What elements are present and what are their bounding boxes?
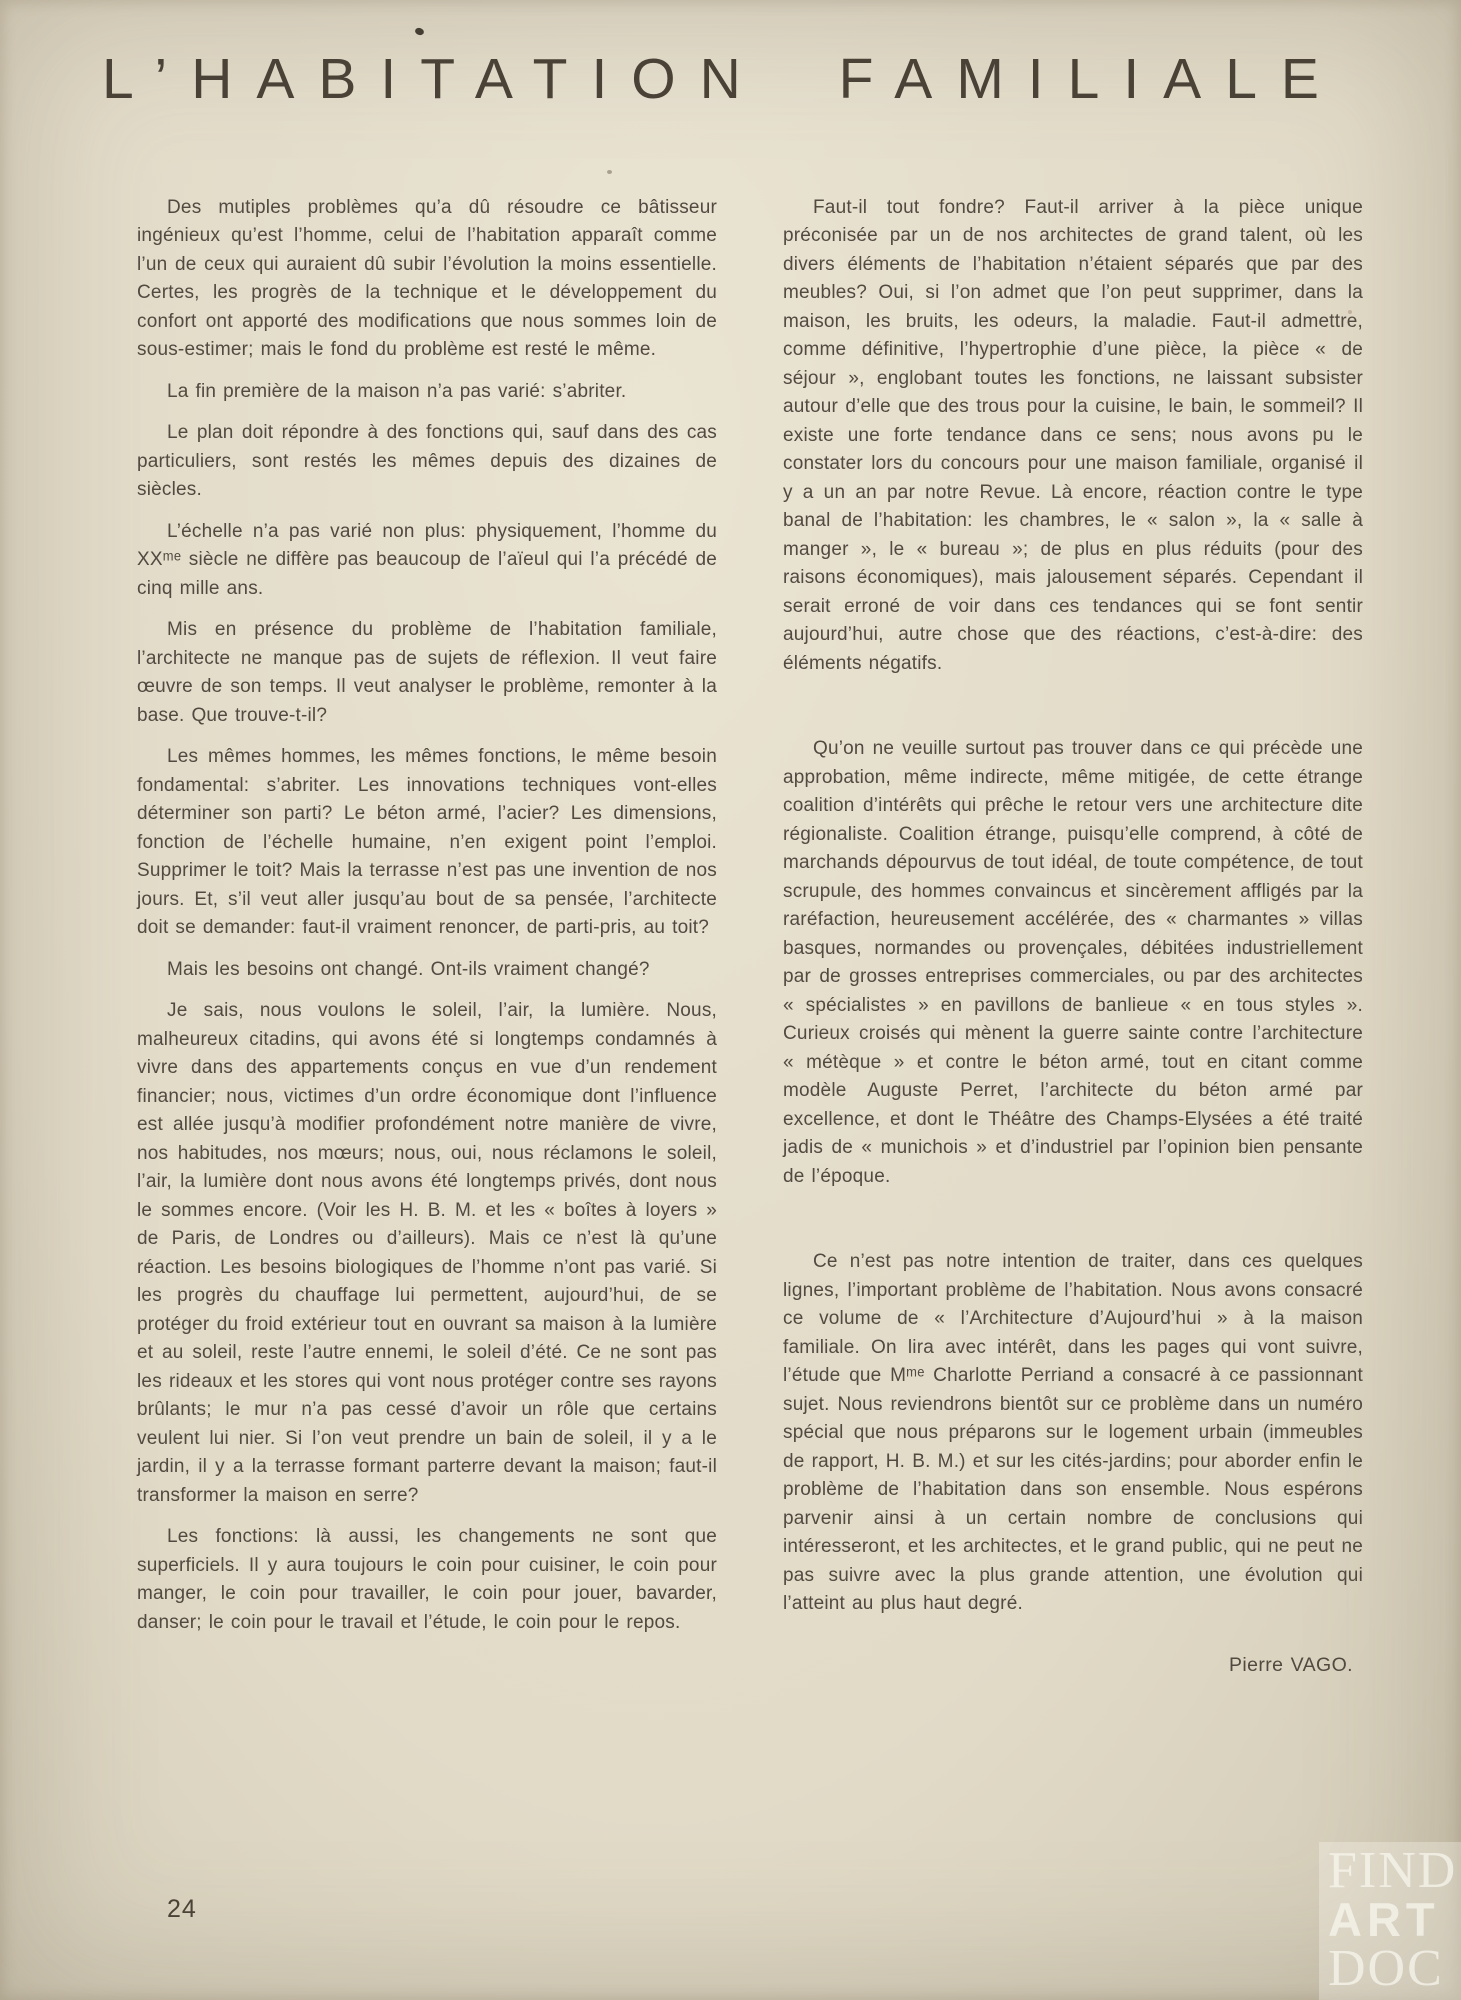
watermark-line: FIND [1328, 1846, 1461, 1895]
paragraph: L’échelle n’a pas varié non plus: physiq… [137, 518, 717, 604]
paragraph: Les fonctions: là aussi, les changements… [137, 1523, 717, 1637]
author-signature: Pierre VAGO. [783, 1651, 1363, 1680]
magazine-page: L’HABITATION FAMILIALE Des mutiples prob… [0, 0, 1461, 2000]
article-body: Des mutiples problèmes qu’a dû résoudre … [0, 194, 1461, 1680]
paragraph: Les mêmes hommes, les mêmes fonctions, l… [137, 743, 717, 943]
paper-speck [607, 170, 612, 174]
right-column: Faut-il tout fondre? Faut-il arriver à l… [783, 194, 1363, 1680]
paragraph: Mais les besoins ont changé. Ont-ils vra… [137, 956, 717, 985]
paragraph: Mis en présence du problème de l’habitat… [137, 616, 717, 730]
paragraph: Ce n’est pas notre intention de traiter,… [783, 1248, 1363, 1619]
paper-speck [1348, 310, 1352, 314]
page-title: L’HABITATION FAMILIALE [0, 0, 1461, 110]
page-number: 24 [167, 1895, 197, 1924]
watermark-line: DOC [1328, 1944, 1461, 1993]
paragraph: Des mutiples problèmes qu’a dû résoudre … [137, 194, 717, 365]
left-column: Des mutiples problèmes qu’a dû résoudre … [137, 194, 717, 1680]
paragraph: La fin première de la maison n’a pas var… [137, 378, 717, 407]
paragraph: Je sais, nous voulons le soleil, l’air, … [137, 997, 717, 1510]
watermark-line: ART [1328, 1895, 1461, 1944]
watermark: FINDARTDOC [1319, 1842, 1461, 2000]
paragraph: Qu’on ne veuille surtout pas trouver dan… [783, 735, 1363, 1191]
paragraph: Faut-il tout fondre? Faut-il arriver à l… [783, 194, 1363, 679]
paragraph: Le plan doit répondre à des fonctions qu… [137, 419, 717, 505]
